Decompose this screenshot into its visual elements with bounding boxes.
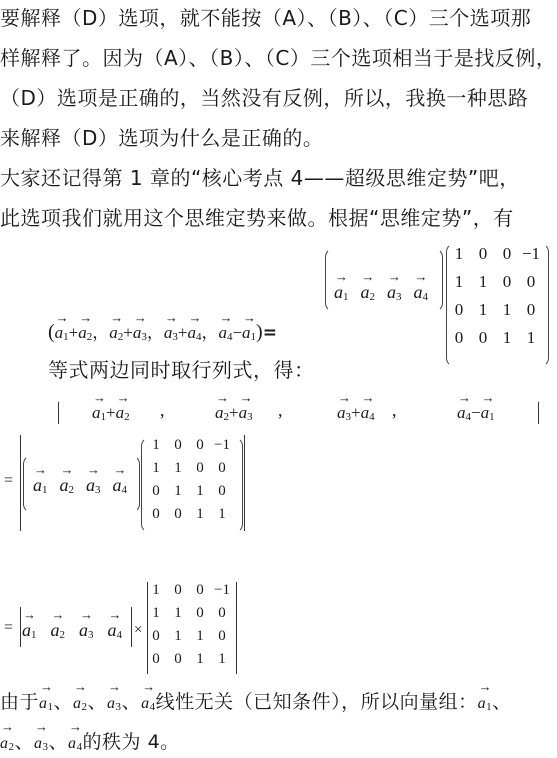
- det-term-2: →a2+→a3: [215, 403, 253, 423]
- times-sign: ×: [134, 622, 142, 639]
- det-term-4: →a4−→a1: [457, 403, 495, 423]
- paragraph-2-line-1: 大家还记得第 1 章的“核心考点 4——超级思维定势”吧，: [0, 166, 520, 190]
- vector-row-2: →a1→a2→a3→a4: [33, 475, 127, 496]
- paragraph-2-line-2: 此选项我们就用这个思维定势来做。根据“思维定势”，有: [0, 206, 514, 230]
- right-paren: [434, 248, 443, 312]
- paragraph-4-line-1: 由于→a1、→a2、→a3、→a4线性无关（已知条件），所以向量组：→a1、: [0, 690, 512, 719]
- paragraph-4-line-2: →a2、→a3、→a4的秩为 4。: [0, 730, 180, 758]
- paragraph-1-line-4: 来解释（D）选项为什么是正确的。: [0, 126, 323, 150]
- equation-1-lhs: (→a1+→a2，→a2+→a3，→a3+→a4，→a4−→a1)=: [48, 318, 277, 344]
- matrix-1: 100−1 1100 0110 0011: [448, 244, 548, 364]
- paragraph-1-line-3: （D）选项是正确的，当然没有反例，所以，我换一种思路: [0, 86, 528, 110]
- det-term-1: →a1+→a2: [92, 403, 130, 423]
- paragraph-1-line-1: 要解释（D）选项，就不能按（A）、（B）、（C）三个选项那: [0, 6, 531, 30]
- matrix-2: 100−1 1100 0110 0011: [145, 437, 241, 531]
- paragraph-1-line-2: 样解释了。因为（A）、（B）、（C）三个选项相当于是找反例，: [0, 46, 556, 70]
- matrix-right-paren: [540, 243, 549, 367]
- left-paren: [325, 248, 334, 312]
- vector-row-3: →a1→a2→a3→a4: [22, 620, 122, 641]
- det-term-3: →a3+→a4: [337, 403, 375, 423]
- vector-row: →a1→a2→a3→a4: [334, 282, 428, 303]
- paragraph-3: 等式两边同时取行列式，得：: [48, 358, 315, 382]
- matrix-3: 100−1 1100 0110 0011: [145, 582, 241, 674]
